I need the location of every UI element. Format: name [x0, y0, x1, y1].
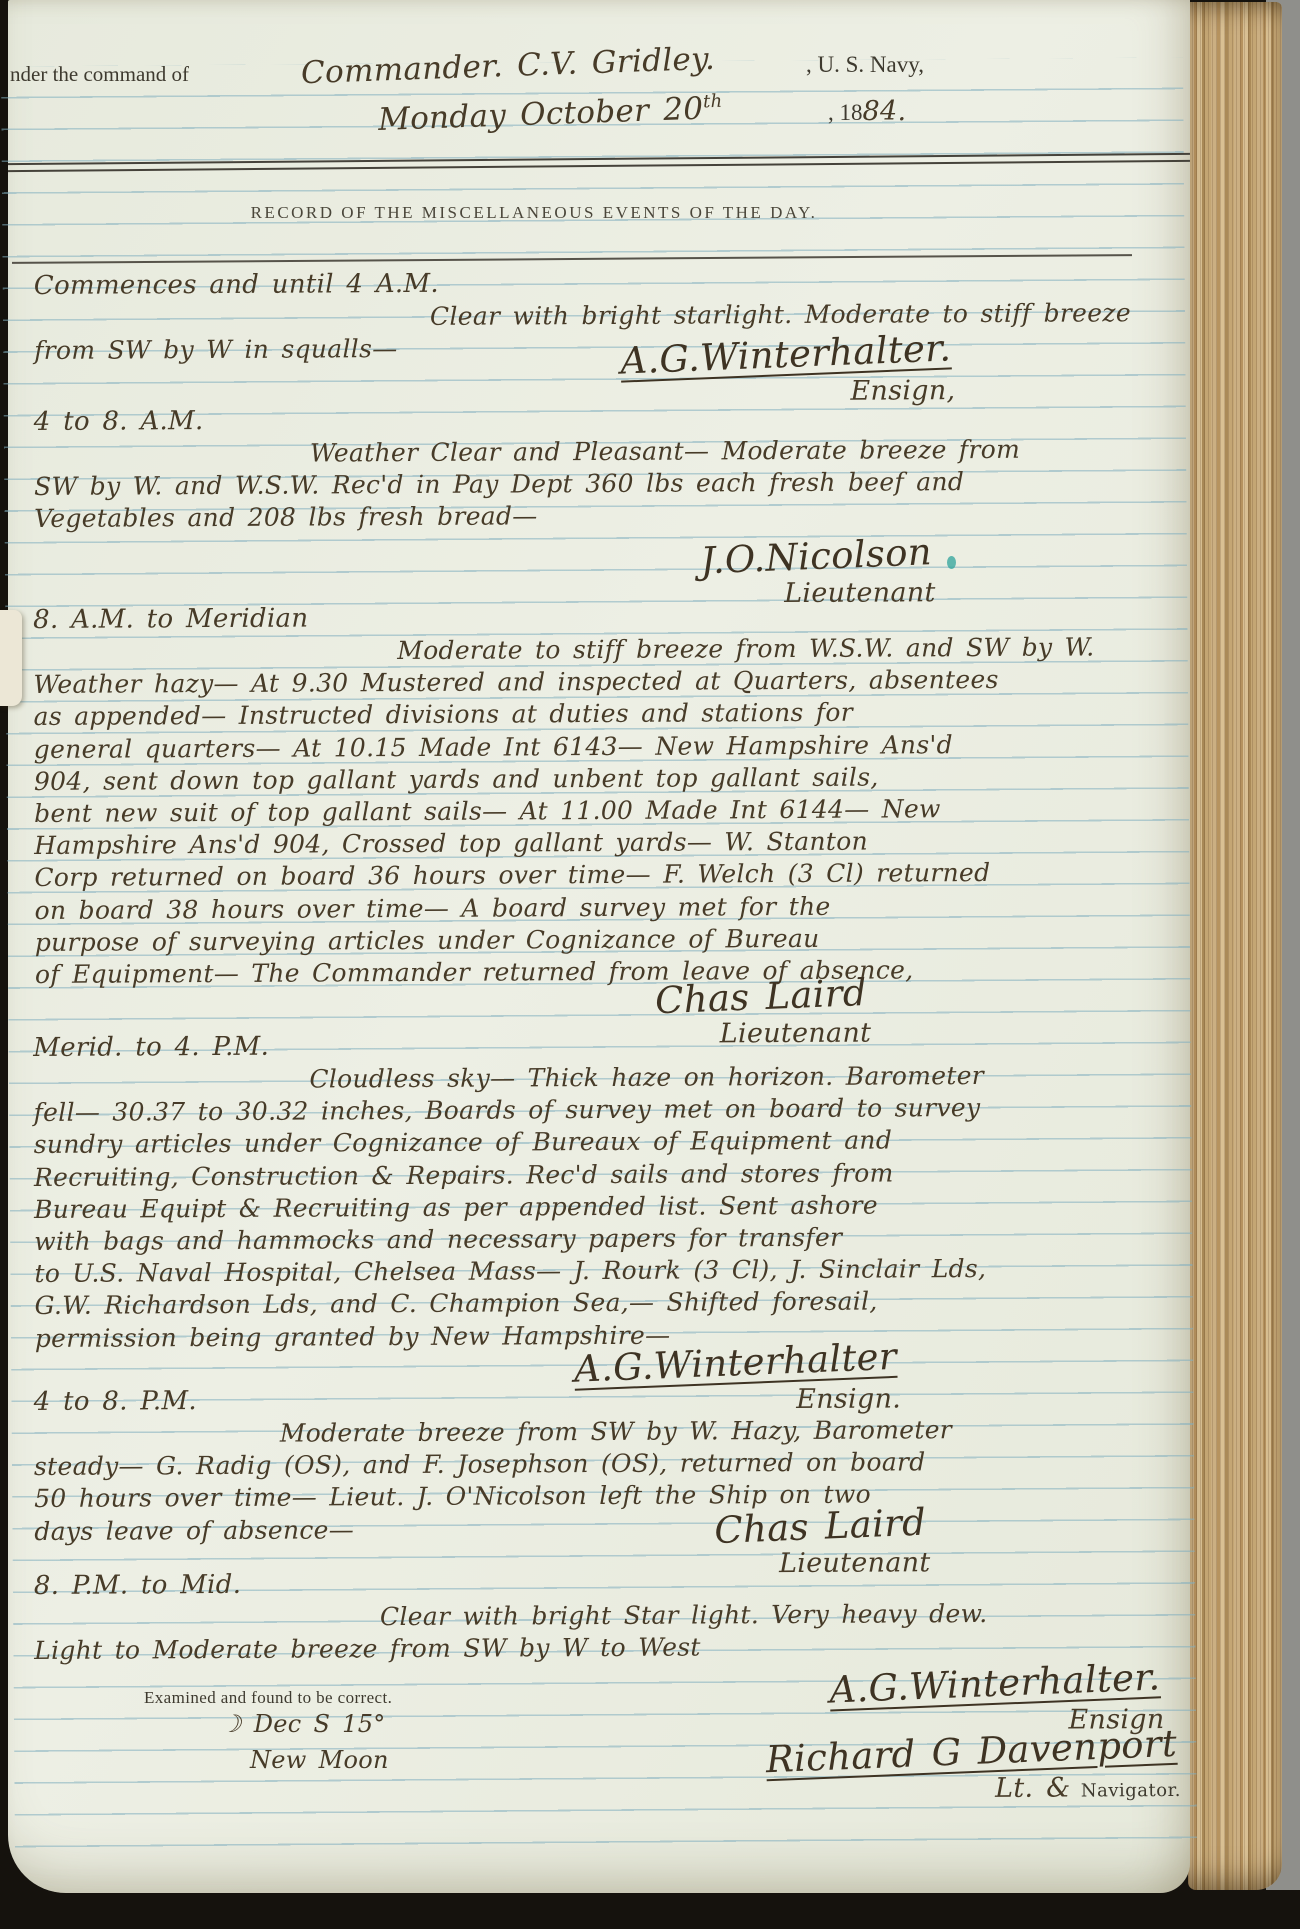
date-text: Monday October 20	[377, 91, 703, 138]
book-fore-edge	[1188, 2, 1282, 1890]
log-entry: Merid. to 4. P.M.Cloudless sky— Thick ha…	[33, 1025, 1167, 1355]
log-entry: 8. P.M. to Mid.Clear with bright Star li…	[34, 1563, 1166, 1667]
entry-line: from SW by W in squalls—	[34, 329, 1166, 367]
log-entry: Commences and until 4 A.M.Clear with bri…	[34, 263, 1166, 367]
entry-line: Vegetables and 208 lbs fresh bread—	[34, 497, 1166, 535]
examined-printed-note: Examined and found to be correct.	[144, 1688, 392, 1708]
signature-name: Chas Laird	[714, 1503, 927, 1551]
log-entry: 8. A.M. to MeridianModerate to stiff bre…	[33, 597, 1167, 991]
navigator-printed-label: Navigator.	[1071, 1780, 1181, 1802]
log-entry: 4 to 8. P.M.Moderate breeze from SW by W…	[34, 1379, 1167, 1548]
year-printed-prefix: , 18	[828, 100, 863, 125]
moon-declination-note: ☽ Dec S 15°	[220, 1710, 386, 1738]
ink-spot	[947, 556, 956, 569]
entry-line: days leave of absence—	[34, 1510, 1166, 1548]
header-printed-navy: , U. S. Navy,	[806, 52, 924, 78]
logbook-page-scan: nder the command of Commander. C.V. Grid…	[0, 0, 1300, 1929]
section-title: RECORD OF THE MISCELLANEOUS EVENTS OF TH…	[8, 203, 1060, 223]
entry-line: Clear with bright starlight. Moderate to…	[34, 297, 1166, 335]
signature-name: J.O.Nicolson	[699, 532, 932, 581]
signature-block: Richard G DavenportLt. & Navigator.	[765, 1731, 1177, 1809]
signature-name: Chas Laird	[655, 973, 868, 1021]
signature-block: A.G.Winterhalter.Ensign,	[620, 334, 951, 409]
year-handwritten: 84.	[863, 96, 907, 127]
header-double-rule-top	[8, 153, 1190, 166]
inserted-page-tab	[0, 610, 22, 706]
logbook-page: nder the command of Commander. C.V. Grid…	[8, 0, 1190, 1893]
section-title-rule	[12, 254, 1132, 263]
header-printed-prefix: nder the command of	[10, 62, 189, 87]
date-handwritten: Monday October 20th	[377, 90, 723, 138]
date-ordinal: th	[703, 91, 723, 113]
entry-line: Weather hazy— At 9.30 Mustered and inspe…	[33, 663, 1165, 701]
year-line: , 1884.	[828, 96, 906, 127]
entry-line: Weather Clear and Pleasant— Moderate bre…	[34, 433, 1166, 471]
log-entry: 4 to 8. A.M.Weather Clear and Pleasant— …	[34, 399, 1167, 536]
entry-line: of Equipment— The Commander returned fro…	[35, 953, 1167, 991]
commander-name-handwritten: Commander. C.V. Gridley.	[258, 39, 759, 92]
moon-phase-note: New Moon	[250, 1746, 389, 1774]
